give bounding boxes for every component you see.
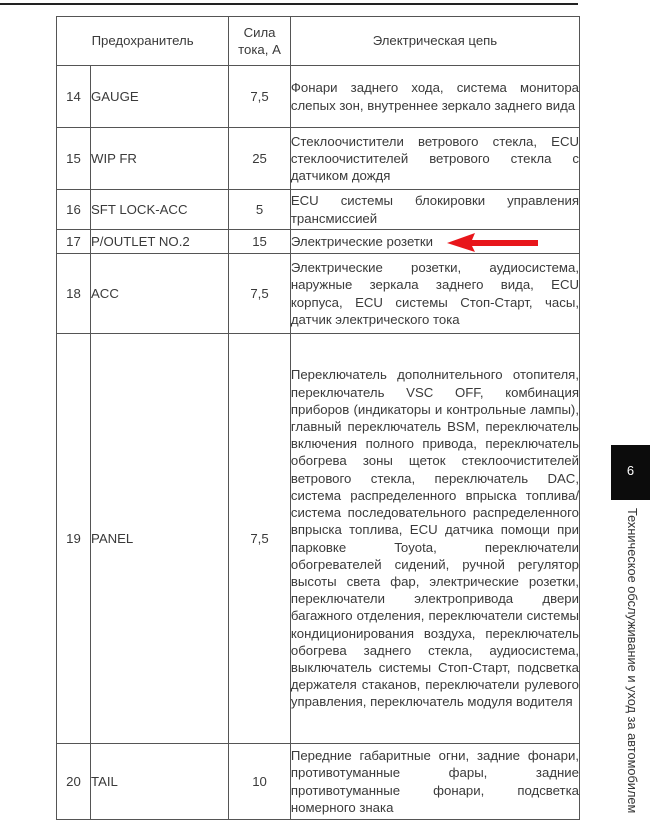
fuse-amperage: 10 (229, 744, 291, 820)
table-row: 18ACC7,5Электрические розетки, аудиосист… (57, 254, 580, 334)
fuse-number: 20 (57, 744, 91, 820)
fuse-amperage: 7,5 (229, 254, 291, 334)
fuse-number: 17 (57, 230, 91, 254)
fuse-circuit: ECU системы блокировки управления трансм… (290, 190, 579, 230)
fuse-name: PANEL (91, 334, 229, 744)
fuse-amperage: 25 (229, 128, 291, 190)
top-rule (0, 3, 578, 5)
fuse-number: 16 (57, 190, 91, 230)
table-row: 19PANEL7,5Переключатель дополнительного … (57, 334, 580, 744)
fuse-name: SFT LOCK-ACC (91, 190, 229, 230)
fuse-name: ACC (91, 254, 229, 334)
chapter-title: Техническое обслуживание и уход за автом… (620, 508, 640, 808)
fuse-circuit: Переключатель дополнительного отопителя,… (290, 334, 579, 744)
fuse-name: GAUGE (91, 66, 229, 128)
fuse-amperage: 7,5 (229, 66, 291, 128)
table-row: 15WIP FR25Стеклоочистители ветрового сте… (57, 128, 580, 190)
fuse-number: 19 (57, 334, 91, 744)
fuse-circuit: Передние габаритные огни, задние фонари,… (290, 744, 579, 820)
chapter-tab: 6 (611, 445, 650, 500)
table-row: 16SFT LOCK-ACC5ECU системы блокировки уп… (57, 190, 580, 230)
header-fuse: Предохранитель (57, 17, 229, 66)
fuse-circuit: Фонари заднего хода, система монитора сл… (290, 66, 579, 128)
red-arrow-icon (445, 231, 540, 253)
fuse-amperage: 15 (229, 230, 291, 254)
fuse-amperage: 5 (229, 190, 291, 230)
fuse-number: 15 (57, 128, 91, 190)
fuse-name: WIP FR (91, 128, 229, 190)
fuse-table: Предохранитель Сила тока, А Электрическа… (56, 16, 580, 820)
table-header-row: Предохранитель Сила тока, А Электрическа… (57, 17, 580, 66)
fuse-name: P/OUTLET NO.2 (91, 230, 229, 254)
fuse-number: 18 (57, 254, 91, 334)
header-circuit: Электрическая цепь (290, 17, 579, 66)
table-row: 14GAUGE7,5Фонари заднего хода, система м… (57, 66, 580, 128)
fuse-name: TAIL (91, 744, 229, 820)
fuse-circuit: Стеклоочистители ветрового стекла, ECU с… (290, 128, 579, 190)
fuse-amperage: 7,5 (229, 334, 291, 744)
fuse-circuit: Электрические розетки, аудиосистема, нар… (290, 254, 579, 334)
header-amperage: Сила тока, А (229, 17, 291, 66)
fuse-number: 14 (57, 66, 91, 128)
table-row: 20TAIL10Передние габаритные огни, задние… (57, 744, 580, 820)
